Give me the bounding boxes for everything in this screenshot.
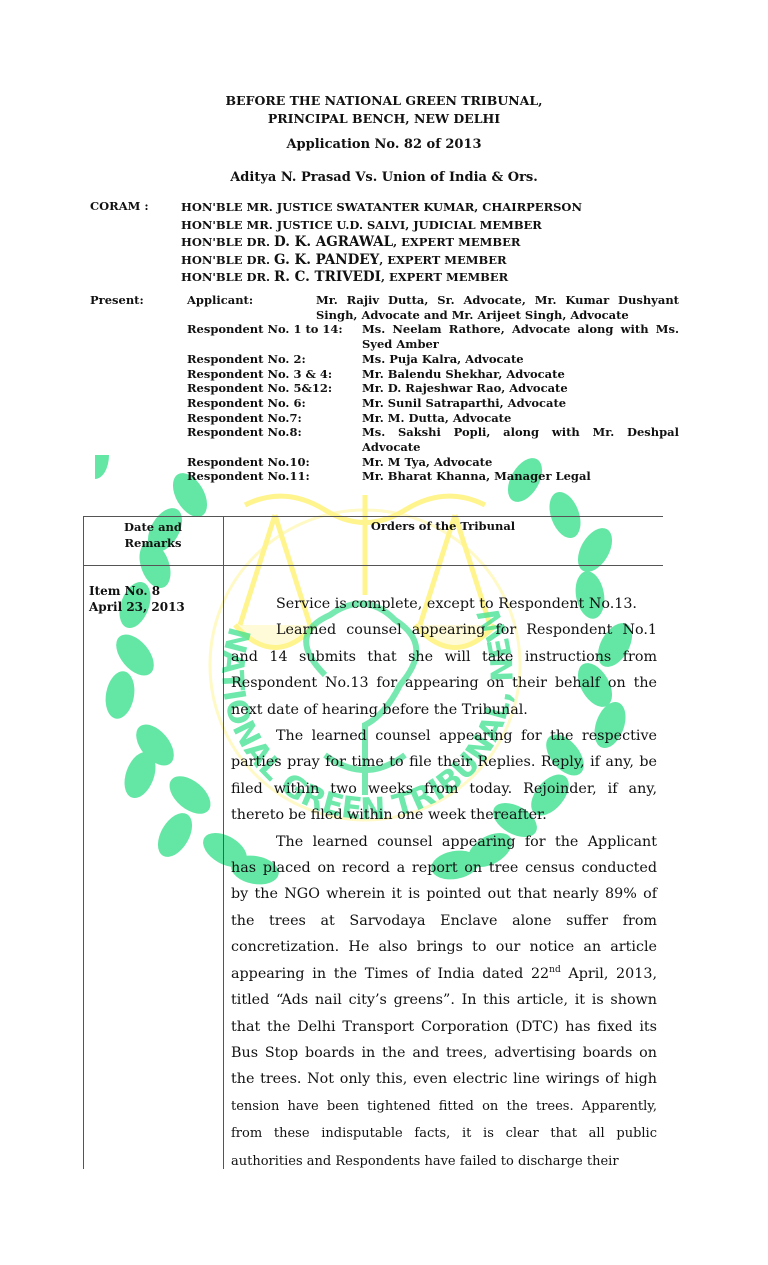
orders-header: Orders of the Tribunal [223,519,663,533]
court-title: BEFORE THE NATIONAL GREEN TRIBUNAL, PRIN… [0,92,768,128]
coram-members: HON'BLE MR. JUSTICE SWATANTER KUMAR, CHA… [181,199,582,287]
court-title-line2: PRINCIPAL BENCH, NEW DELHI [0,110,768,128]
table-border [83,516,663,517]
order-paragraph: Learned counsel appearing for Respondent… [231,617,657,723]
order-document-page: BEFORE THE NATIONAL GREEN TRIBUNAL, PRIN… [0,0,768,1265]
order-paragraph: The learned counsel appearing for the Ap… [231,829,657,1175]
item-date: April 23, 2013 [89,599,185,615]
order-paragraph: Service is complete, except to Responden… [231,591,657,617]
appearance-row: Respondent No.10:Mr. M Tya, Advocate [187,455,679,470]
case-title: Aditya N. Prasad Vs. Union of India & Or… [0,170,768,185]
appearance-row: Respondent No. 2:Ms. Puja Kalra, Advocat… [187,352,679,367]
coram-member: HON'BLE MR. JUSTICE U.D. SALVI, JUDICIAL… [181,217,582,235]
present-label: Present: [90,293,144,307]
appearance-row: Respondent No. 6:Mr. Sunil Satraparthi, … [187,396,679,411]
item-details: Item No. 8 April 23, 2013 [89,583,185,615]
coram-member: HON'BLE DR. R. C. TRIVEDI, EXPERT MEMBER [181,269,582,287]
appearance-row: Respondent No. 5&12:Mr. D. Rajeshwar Rao… [187,381,679,396]
coram-member: HON'BLE DR. G. K. PANDEY, EXPERT MEMBER [181,252,582,270]
appearance-row: Respondent No. 1 to 14:Ms. Neelam Rathor… [187,322,679,351]
appearance-row: Respondent No.11:Mr. Bharat Khanna, Mana… [187,469,679,484]
table-border [83,565,663,566]
table-border [83,516,84,1169]
coram-member: HON'BLE MR. JUSTICE SWATANTER KUMAR, CHA… [181,199,582,217]
coram-label: CORAM : [90,199,149,213]
court-title-line1: BEFORE THE NATIONAL GREEN TRIBUNAL, [0,92,768,110]
date-remarks-header: Date and Remarks [83,519,223,551]
appearance-row: Respondent No.8:Ms. Sakshi Popli, along … [187,425,679,454]
order-text: Service is complete, except to Responden… [231,591,657,1175]
order-paragraph: The learned counsel appearing for the re… [231,723,657,829]
appearances-list: Applicant:Mr. Rajiv Dutta, Sr. Advocate,… [187,293,679,484]
appearance-row: Respondent No.7:Mr. M. Dutta, Advocate [187,411,679,426]
orders-table: Date and Remarks Orders of the Tribunal … [83,516,663,1169]
item-number: Item No. 8 [89,583,185,599]
application-number: Application No. 82 of 2013 [0,137,768,152]
coram-member: HON'BLE DR. D. K. AGRAWAL, EXPERT MEMBER [181,234,582,252]
appearance-row: Respondent No. 3 & 4:Mr. Balendu Shekhar… [187,367,679,382]
table-border [223,516,224,1169]
appearance-row: Applicant:Mr. Rajiv Dutta, Sr. Advocate,… [187,293,679,322]
